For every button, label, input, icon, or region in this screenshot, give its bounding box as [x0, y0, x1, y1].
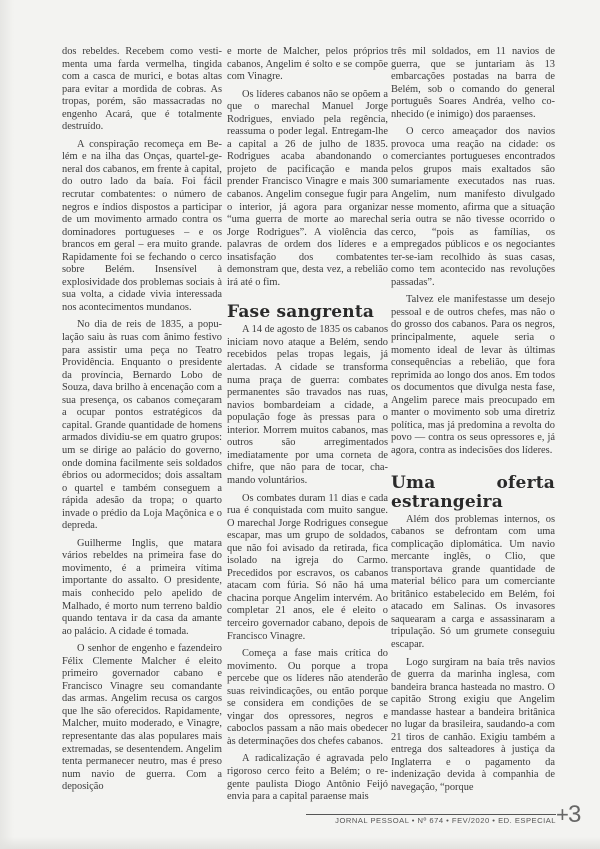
article-paragraph: Começa a fase mais crítica do movimento.… [227, 648, 388, 748]
article-column-3: três mil soldados, em 11 navios de guerr… [391, 46, 555, 800]
magazine-page: dos rebeldes. Recebem como vesti­menta u… [0, 0, 600, 849]
article-paragraph: Além dos problemas internos, os cabanos … [391, 514, 555, 652]
article-paragraph: A radicalização é agravada pelo rigoroso… [227, 753, 388, 803]
section-heading: Fase sangrenta [227, 303, 388, 322]
footer-rule [306, 814, 556, 815]
article-paragraph: Guilherme Inglis, que matara vários rebe… [62, 538, 222, 638]
footer-publication-info: JORNAL PESSOAL • Nº 674 • FEV/2020 • ED.… [306, 816, 556, 825]
article-paragraph: Talvez ele manifestasse um de­sejo pesso… [391, 294, 555, 457]
section-heading: Uma oferta estrangeira [391, 474, 555, 512]
footer-plus-glyph: + [556, 804, 569, 826]
article-paragraph: O cerco ameaçador dos navios provoca uma… [391, 126, 555, 289]
article-column-2: e morte de Malcher, pelos próprios caban… [227, 46, 388, 809]
article-paragraph: e morte de Malcher, pelos próprios caban… [227, 46, 388, 84]
article-paragraph: três mil soldados, em 11 navios de guerr… [391, 46, 555, 121]
page-edge-shadow [0, 0, 14, 849]
page-number: 3 [568, 804, 581, 826]
article-column-1: dos rebeldes. Recebem como vesti­menta u… [62, 46, 222, 799]
article-paragraph: A 14 de agosto de 1835 os caba­nos inici… [227, 324, 388, 487]
page-footer: JORNAL PESSOAL • Nº 674 • FEV/2020 • ED.… [300, 804, 580, 834]
article-paragraph: Os líderes cabanos não se opõem a que o … [227, 89, 388, 290]
article-paragraph: No dia de reis de 1835, a popu­lação sai… [62, 319, 222, 532]
article-paragraph: O senhor de engenho e fazen­deiro Félix … [62, 643, 222, 794]
article-paragraph: dos rebeldes. Recebem como vesti­menta u… [62, 46, 222, 134]
article-paragraph: Os combates duram 11 dias e cada rua é c… [227, 493, 388, 644]
article-paragraph: A conspiração recomeça em Be­lém e na il… [62, 139, 222, 315]
article-paragraph: Logo surgiram na baía três na­vios de gu… [391, 657, 555, 795]
page-bottom-shadow [0, 837, 600, 849]
